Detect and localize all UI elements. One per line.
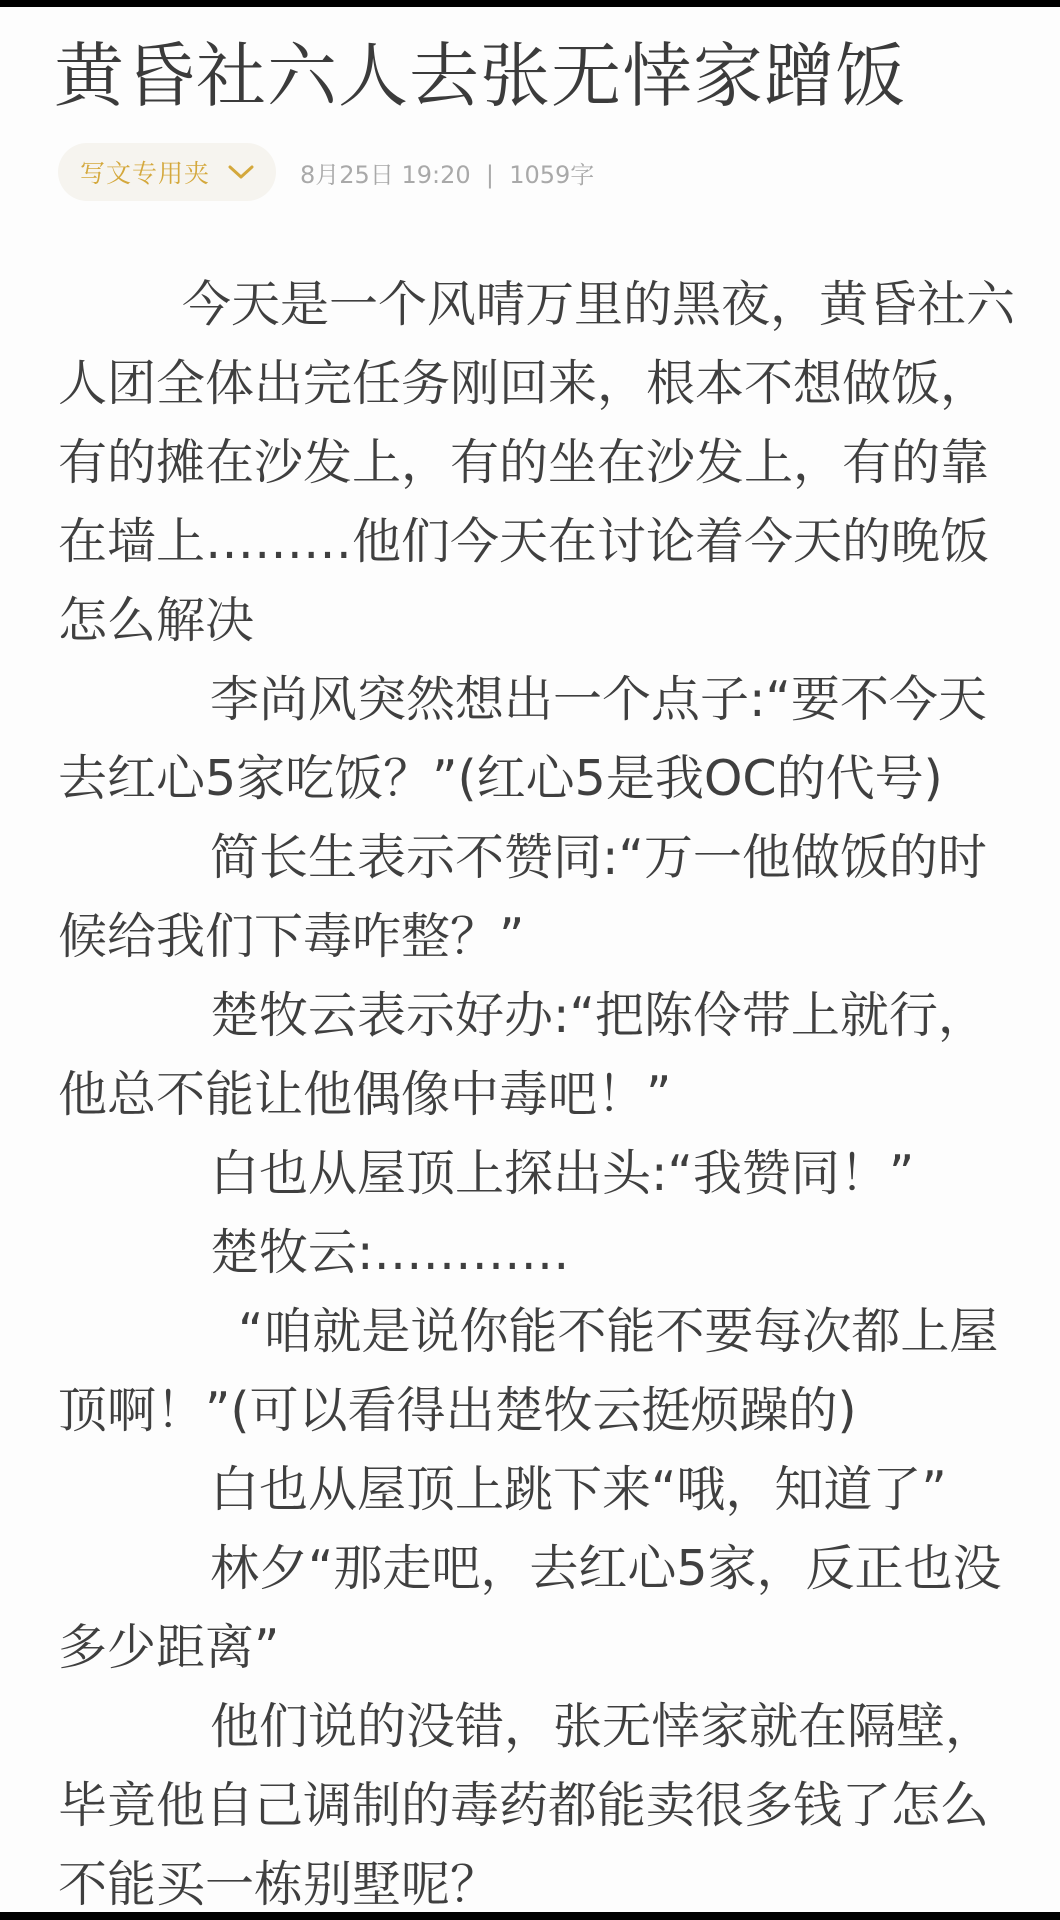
paragraph: 楚牧云表示好办:“把陈伶带上就行，他总不能让他偶像中毒吧！” bbox=[58, 976, 1018, 1134]
article-page: 黄昏社六人去张无悻家蹭饭 写文专用夹 8月25日 19:20 | 1059字 今… bbox=[0, 7, 1060, 1912]
paragraph: 简长生表示不赞同:“万一他做饭的时候给我们下毒咋整？” bbox=[58, 818, 1018, 976]
folder-label: 写文专用夹 bbox=[80, 154, 210, 190]
paragraph: 今天是一个风晴万里的黑夜，黄昏社六人团全体出完任务刚回来，根本不想做饭，有的摊在… bbox=[58, 265, 1018, 660]
paragraph: 白也从屋顶上跳下来“哦，知道了” bbox=[58, 1450, 1018, 1529]
article-meta: 写文专用夹 8月25日 19:20 | 1059字 bbox=[58, 141, 594, 203]
paragraph: 他们说的没错，张无悻家就在隔壁，毕竟他自己调制的毒药都能卖很多钱了怎么不能买一栋… bbox=[58, 1687, 1018, 1912]
folder-selector-button[interactable]: 写文专用夹 bbox=[58, 143, 276, 201]
paragraph: 白也从屋顶上探出头:“我赞同！” bbox=[58, 1134, 1018, 1213]
chevron-down-icon bbox=[228, 164, 254, 180]
paragraph: 林夕“那走吧，去红心5家，反正也没多少距离” bbox=[58, 1529, 1018, 1687]
paragraph: “咱就是说你能不能不要每次都上屋顶啊！”(可以看得出楚牧云挺烦躁的) bbox=[58, 1292, 1018, 1450]
publish-info: 8月25日 19:20 | 1059字 bbox=[300, 155, 594, 190]
paragraph: 李尚风突然想出一个点子:“要不今天去红心5家吃饭？”(红心5是我OC的代号) bbox=[58, 660, 1018, 818]
paragraph: 楚牧云:………… bbox=[58, 1213, 1018, 1292]
article-title: 黄昏社六人去张无悻家蹭饭 bbox=[54, 33, 906, 119]
article-body: 今天是一个风晴万里的黑夜，黄昏社六人团全体出完任务刚回来，根本不想做饭，有的摊在… bbox=[58, 265, 1018, 1912]
